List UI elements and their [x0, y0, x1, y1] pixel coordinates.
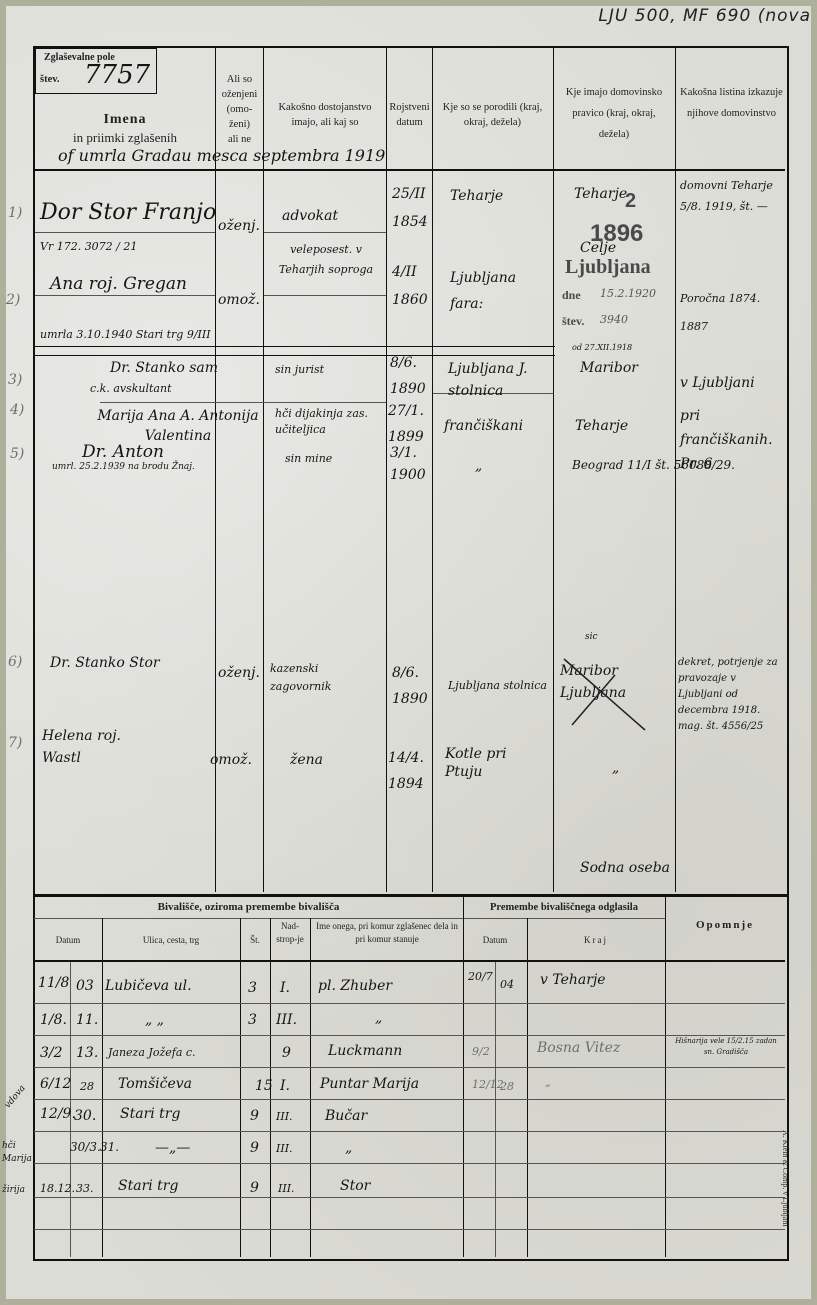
stamp-place: Ljubljana — [565, 256, 651, 279]
row-date: 11/8 — [38, 975, 69, 991]
row-line — [35, 346, 555, 347]
married-header-line: ženi) — [229, 119, 250, 130]
row-index: 4) — [10, 402, 24, 418]
col-divider — [527, 918, 528, 1257]
row-out-date: 9/2 — [472, 1045, 490, 1058]
birthplace-header: Kje so se porodili (kraj, okraj, dežela) — [436, 100, 549, 130]
person-occupation: sin jurist — [275, 362, 335, 378]
row-date: 30/3. — [70, 1140, 101, 1154]
row-line — [264, 295, 386, 296]
row-index: 5) — [10, 446, 24, 462]
printer-imprint: A. Klein & Comp. v Ljubljani — [781, 1130, 790, 1227]
person-birthplace: Ljubljana J. stolnica — [448, 358, 552, 402]
row-index: 2) — [6, 292, 20, 308]
remarks-title: Opomnje — [665, 918, 785, 933]
col-header-out-date: Datum — [463, 933, 527, 948]
person-occupation: hči dijakinja zas. učiteljica — [275, 406, 383, 438]
stamp-number-value: 3940 — [600, 313, 628, 326]
col-divider — [665, 896, 666, 1257]
row-index: 6) — [8, 654, 22, 670]
row-place: „ — [545, 1076, 551, 1089]
person-occupation: sin mine — [285, 450, 345, 468]
row-year: 11. — [76, 1012, 98, 1028]
married-header: Ali so oženjeni (omo- ženi) ali ne — [216, 72, 263, 147]
person-note: Vr 172. 3072 / 21 — [40, 240, 137, 253]
person-note: c.k. avskultant — [90, 382, 172, 395]
person-birthplace: Ljubljana stolnica — [448, 678, 548, 694]
row-street: Stari trg — [118, 1178, 178, 1194]
row-street: Janeza Jožefa c. — [108, 1046, 196, 1059]
col-divider — [386, 47, 387, 892]
row-host: Stor — [340, 1178, 370, 1194]
row-line — [34, 1067, 785, 1068]
row-street: „ „ — [145, 1012, 164, 1028]
person-birthplace: Ljubljana fara: — [450, 265, 550, 317]
person-document: v Ljubljani — [680, 375, 755, 391]
row-host: Luckmann — [328, 1043, 402, 1059]
person-birth-date: 8/6. 1890 — [390, 350, 432, 402]
row-number: 9 — [282, 1045, 291, 1061]
person-birthplace: „ — [475, 458, 482, 474]
row-line — [34, 1229, 785, 1230]
person-name: Ana roj. Gregan — [50, 270, 210, 298]
row-place: Bosna Vitez — [537, 1040, 620, 1056]
person-occupation: kazenski zagovornik — [270, 660, 382, 696]
person-name: Dr. Stanko Stor — [50, 655, 160, 671]
row-line — [34, 1163, 785, 1164]
footer-note: Sodna oseba — [580, 860, 670, 876]
person-birth-date: 8/6. 1890 — [392, 660, 432, 712]
person-domicile-note: sic — [585, 632, 598, 642]
person-name: Dor Stor Franjo — [40, 200, 216, 225]
person-occupation: žena — [290, 752, 323, 768]
stamp-number: 1896 — [590, 220, 643, 248]
person-birthplace: frančiškani — [444, 418, 523, 434]
person-death-note: umrla 3.10.1940 Stari trg 9/III — [40, 328, 211, 341]
row-street: Tomšičeva — [118, 1076, 192, 1092]
person-domicile: Beograd 11/I št. 56088/29. — [572, 458, 735, 472]
stamp-date-value: 15.2.1920 — [600, 287, 656, 300]
row-line — [100, 402, 386, 403]
row-host: pl. Zhuber — [318, 978, 392, 994]
row-floor: III. — [278, 1182, 295, 1195]
row-year: 30. — [74, 1108, 96, 1124]
person-domicile: Teharje — [574, 186, 627, 202]
row-line — [34, 1099, 785, 1100]
row-number: 9 — [250, 1180, 259, 1196]
col-divider — [240, 918, 241, 1257]
row-line — [34, 1197, 785, 1198]
col-divider — [310, 918, 311, 1257]
col-header-date: Datum — [34, 933, 102, 948]
row-index: 7) — [8, 735, 22, 751]
row-out-date: 20/7 — [468, 970, 493, 983]
margin-note: žirija — [2, 1185, 25, 1195]
row-year: 33. — [76, 1182, 94, 1195]
col-divider — [463, 896, 464, 1257]
row-number: 9 — [250, 1108, 259, 1124]
row-date: 18.12. — [40, 1182, 75, 1195]
person-occupation: veleposest. v Teharjih soproga — [270, 240, 382, 280]
row-date: 12/9. — [40, 1106, 76, 1122]
person-birthplace: Kotle pri Ptuju — [445, 745, 525, 781]
row-floor: III. — [276, 1110, 293, 1123]
row-number: 3 — [248, 1012, 257, 1028]
row-street: —„— — [155, 1140, 190, 1156]
person-document: dekret, potrjenje za pravozaje v Ljublja… — [678, 655, 782, 735]
row-line — [34, 1131, 785, 1132]
col-header-number: Št. — [240, 933, 270, 948]
registration-number: 7757 — [84, 60, 150, 90]
person-domicile: Teharje — [575, 418, 628, 434]
person-birthplace: Teharje — [450, 188, 503, 204]
row-number: 15 — [255, 1078, 273, 1094]
col-divider — [432, 47, 433, 892]
col-divider — [263, 47, 264, 892]
row-line — [35, 355, 555, 356]
married-header-line: oženjeni — [222, 89, 258, 100]
row-out-year: 04 — [500, 978, 514, 991]
row-index: 3) — [8, 372, 22, 388]
row-place: v Teharje — [540, 972, 606, 988]
person-domicile: Maribor — [580, 360, 638, 376]
married-header-line: ali ne — [228, 134, 251, 145]
residence-title: Bivališče, oziroma premembe bivališča — [34, 900, 463, 915]
person-document: Poročna 1874. 1887 — [680, 285, 780, 341]
person-birth-date: 4/II 1860 — [392, 258, 432, 314]
col-header-street: Ulica, cesta, trg — [102, 933, 240, 948]
row-year: 31. — [100, 1140, 119, 1154]
domicile-header: Kje imajo domovinsko pravico (kraj, okra… — [557, 82, 671, 145]
row-number: 9 — [250, 1140, 259, 1156]
row-floor: III. — [276, 1142, 293, 1155]
row-street: Lubičeva ul. — [105, 978, 192, 994]
row-date: 3/2 — [40, 1045, 63, 1061]
row-year: 03 — [76, 978, 94, 994]
col-header-host: Ime onega, pri komur zglašenec dela in p… — [312, 920, 462, 946]
col-header-floor: Nad-strop-je — [271, 920, 309, 946]
strike-through-mark — [560, 655, 650, 735]
header-divider — [34, 960, 785, 962]
birth-date-header: Rojstveni datum — [388, 100, 431, 130]
row-line — [264, 232, 386, 233]
occupation-header: Kakošno dostojanstvo imajo, ali kaj so — [268, 100, 382, 130]
margin-note: hči Marija — [2, 1140, 34, 1166]
col-divider — [553, 47, 554, 892]
row-out-date: 12/12 — [472, 1078, 504, 1091]
col-divider — [495, 962, 496, 1257]
row-date: 6/12 — [40, 1076, 71, 1092]
header-divider — [34, 169, 785, 171]
row-index: 1) — [8, 205, 22, 221]
stamp-digit: 2 — [625, 190, 636, 213]
names-header-title: Imena — [35, 112, 215, 127]
row-host: Puntar Marija — [320, 1076, 419, 1092]
row-street: Stari trg — [120, 1106, 180, 1122]
row-line — [34, 1003, 785, 1004]
row-host: „ — [375, 1010, 382, 1026]
row-year: 28 — [80, 1080, 94, 1093]
person-birth-date: 25/II 1854 — [392, 180, 432, 236]
person-document: domovni Teharje 5/8. 1919, št. — — [680, 175, 780, 217]
row-floor: III. — [276, 1012, 297, 1028]
row-number: 3 — [248, 980, 257, 996]
changes-title: Premembe bivališčnega odglasila — [463, 900, 665, 915]
number-label: štev. — [40, 72, 60, 87]
row-year: 13. — [76, 1045, 98, 1061]
row-date: 1/8. — [40, 1012, 67, 1028]
person-name: Dr. Stanko sam — [110, 360, 218, 376]
married-header-line: (omo- — [227, 104, 253, 115]
person-name: Marija Ana A. Antonija Valentina — [88, 406, 268, 446]
person-name: Dr. Anton — [82, 442, 164, 462]
row-remark: Hišnarija vele 15/2.15 zadan sn. Gradišč… — [670, 1036, 782, 1058]
names-header-subtitle: in priimki zglašenih — [35, 130, 215, 145]
person-status: omož. — [218, 292, 260, 308]
document-header: Kakošna listina izkazuje njihove domovin… — [680, 82, 783, 124]
row-out-year: 28 — [500, 1080, 514, 1093]
married-header-line: Ali so — [227, 74, 252, 85]
row-host: „ — [345, 1140, 352, 1156]
row-line — [35, 232, 215, 233]
header-handwritten-note: of umrla Gradau mesca septembra 1919 — [58, 146, 385, 165]
person-birth-date: 3/1. 1900 — [390, 442, 432, 486]
person-status: oženj. — [218, 665, 260, 681]
col-header-place: Kraj — [527, 933, 665, 948]
person-occupation: advokat — [282, 208, 338, 224]
row-host: Bučar — [325, 1108, 367, 1124]
stamp-date-label: dne — [562, 288, 581, 303]
row-floor: I. — [280, 980, 290, 996]
row-line — [34, 918, 665, 919]
col-divider — [102, 918, 103, 1257]
row-floor: I. — [280, 1078, 290, 1094]
archive-reference: LJU 500, MF 690 (nova — [598, 6, 811, 26]
person-birth-date: 14/4. 1894 — [388, 745, 432, 797]
person-death-note: umrl. 25.2.1939 na brodu Žnaj. — [52, 462, 195, 472]
person-domicile-note: od 27.XII.1918 — [572, 343, 632, 352]
person-name: Helena roj. Wastl — [42, 725, 162, 769]
person-domicile: „ — [612, 760, 619, 776]
person-status: oženj. — [218, 218, 260, 234]
stamp-number-label: štev. — [562, 314, 584, 329]
person-status: omož. — [210, 752, 252, 768]
